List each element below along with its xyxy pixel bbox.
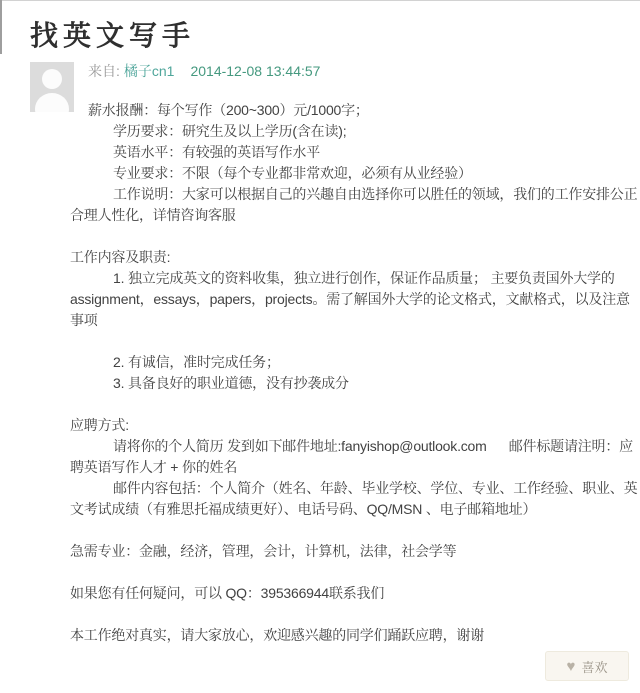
page-top-border (0, 0, 640, 1)
heart-icon: ♥ (567, 659, 576, 674)
avatar[interactable] (30, 62, 74, 112)
post-body: 薪水报酬：每个写作（200~300）元/1000字； 学历要求：研究生及以上学历… (70, 100, 640, 646)
post-paragraph: 专业要求：不限（每个专业都非常欢迎，必须有从业经验） (70, 163, 640, 184)
post-paragraph: 急需专业：金融，经济，管理，会计，计算机，法律，社会学等 (70, 541, 640, 562)
post-paragraph: 学历要求：研究生及以上学历(含在读); (70, 121, 640, 142)
post-paragraph: 1. 独立完成英文的资料收集，独立进行创作，保证作品质量； 主要负责国外大学的a… (70, 268, 640, 331)
post-title: 找英文写手 (30, 14, 195, 54)
from-label: 来自: (88, 63, 120, 79)
author-link[interactable]: 橘子cn1 (124, 63, 175, 79)
like-button[interactable]: ♥ 喜欢 (545, 651, 629, 681)
post-paragraph: 英语水平：有较强的英语写作水平 (70, 142, 640, 163)
post-paragraph: 2. 有诚信，准时完成任务； (70, 352, 640, 373)
post-paragraph: 工作说明：大家可以根据自己的兴趣自由选择你可以胜任的领域，我们的工作安排公正合理… (70, 184, 640, 226)
post-paragraph: 如果您有任何疑问，可以 QQ：395366944联系我们 (70, 583, 640, 604)
post-paragraph: 应聘方式: (70, 415, 640, 436)
post-paragraph: 薪水报酬：每个写作（200~300）元/1000字； (70, 100, 640, 121)
post-paragraph: 3. 具备良好的职业道德，没有抄袭成分 (70, 373, 640, 394)
like-label: 喜欢 (581, 657, 607, 676)
forum-post-page: 找英文写手 来自:橘子cn12014-12-08 13:44:57 薪水报酬：每… (0, 0, 640, 693)
post-meta: 来自:橘子cn12014-12-08 13:44:57 (88, 63, 320, 80)
person-icon (30, 62, 74, 112)
post-timestamp: 2014-12-08 13:44:57 (190, 63, 320, 79)
post-paragraph: 本工作绝对真实，请大家放心，欢迎感兴趣的同学们踊跃应聘，谢谢 (70, 625, 640, 646)
post-paragraph: 工作内容及职责: (70, 247, 640, 268)
post-paragraph: 邮件内容包括：个人简介（姓名、年龄、毕业学校、学位、专业、工作经验、职业、英文考… (70, 478, 640, 520)
page-left-border (0, 0, 2, 54)
post-paragraph: 请将你的个人简历 发到如下邮件地址:fanyishop@outlook.com … (70, 436, 640, 478)
